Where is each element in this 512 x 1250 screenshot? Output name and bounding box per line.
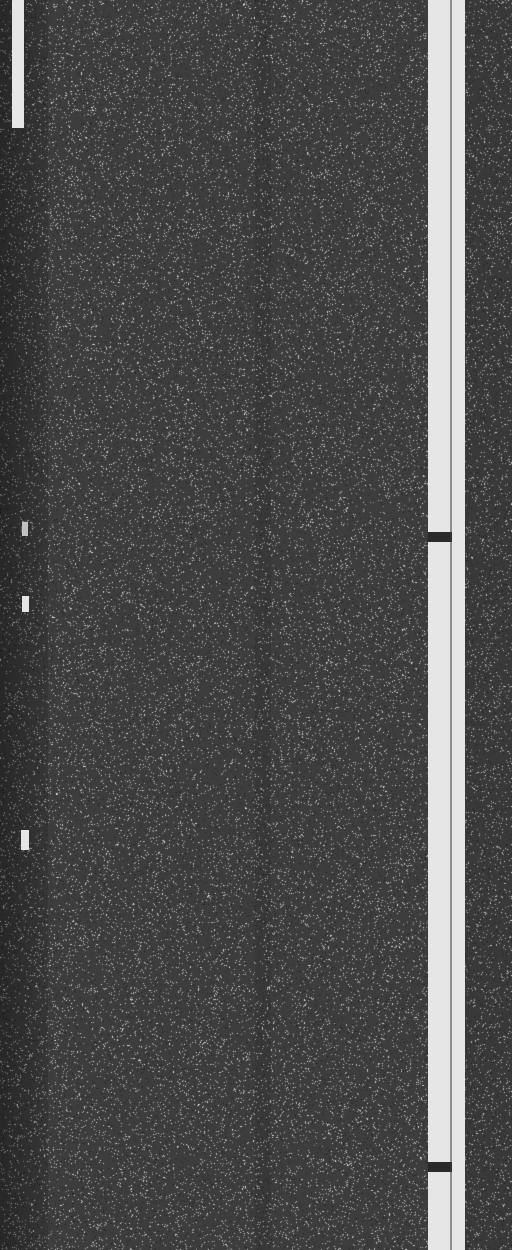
dashed-lane-gap [428, 532, 452, 542]
dashed-lane-segment [428, 0, 452, 532]
line-seam [450, 0, 452, 1250]
left-line-chip [22, 596, 29, 612]
dashed-lane-gap [428, 1162, 452, 1172]
dashed-lane-segment [428, 1172, 452, 1250]
left-line-segment [12, 0, 24, 128]
left-line-chip [22, 522, 28, 536]
right-solid-edge-line [452, 0, 465, 1250]
road-surface [0, 0, 512, 1250]
dashed-lane-segment [428, 542, 452, 1162]
left-line-chip [21, 830, 29, 850]
